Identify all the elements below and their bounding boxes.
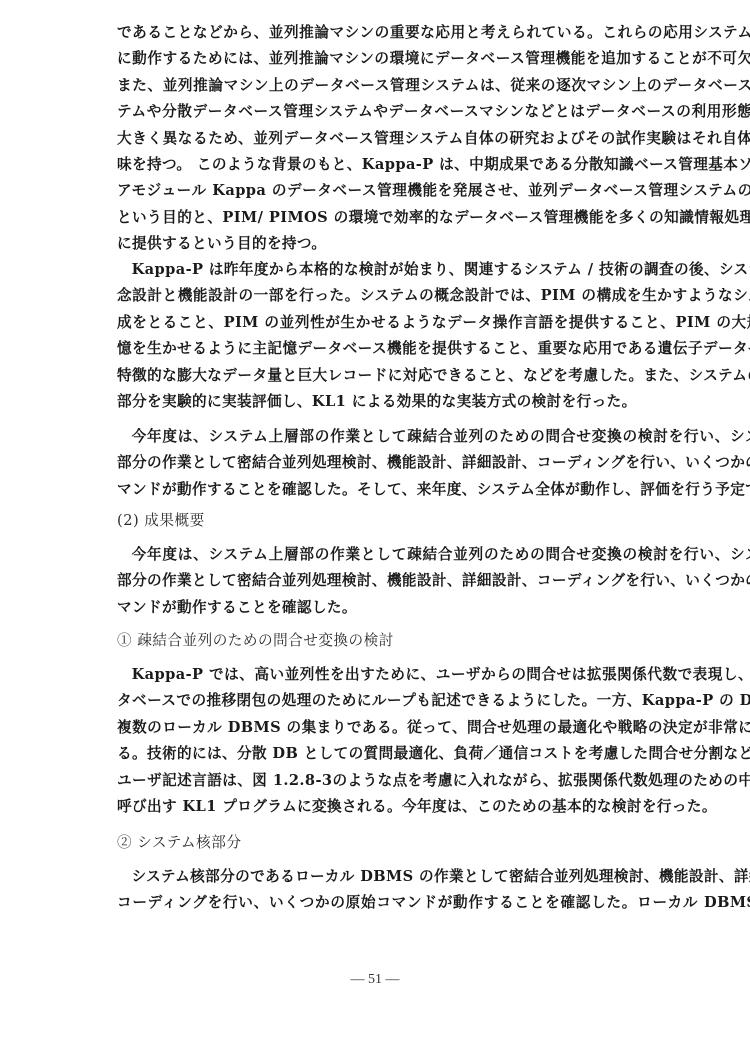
text-line: 今年度は、システム上層部の作業として疎結合並列のための問合せ変換の検討を行い、シ… <box>117 542 750 568</box>
subsection-heading-query-conversion: ① 疎結合並列のための問合せ変換の検討 <box>117 628 394 654</box>
page-number: — 51 — <box>0 972 750 988</box>
text-line: テムや分散データベース管理システムやデータベースマシンなどとはデータベースの利用… <box>117 99 750 125</box>
paragraph-background: であることなどから、並列推論マシンの重要な応用と考えられている。これらの応用シス… <box>117 20 750 258</box>
text-line: ユーザ記述言語は、図 1.2.8-3のような点を考慮に入れながら、拡張関係代数処… <box>117 768 750 794</box>
text-line: マンドが動作することを確認した。 <box>117 595 750 621</box>
text-line: 成をとること、PIM の並列性が生かせるようなデータ操作言語を提供すること、PI… <box>117 310 750 336</box>
text-line: また、並列推論マシン上のデータベース管理システムは、従来の逐次マシン上のデータベ… <box>117 73 750 99</box>
text-line: という目的と、PIM/ PIMOS の環境で効率的なデータベース管理機能を多くの… <box>117 205 750 231</box>
text-line: 呼び出す KL1 プログラムに変換される。今年度は、このための基本的な検討を行っ… <box>117 794 750 820</box>
text-line: Kappa-P では、高い並列性を出すために、ユーザからの問合せは拡張関係代数で… <box>117 662 750 688</box>
text-line: システム核部分のであるローカル DBMS の作業として密結合並列処理検討、機能設… <box>117 864 750 890</box>
text-line: アモジュール Kappa のデータベース管理機能を発展させ、並列データベース管理… <box>117 178 750 204</box>
text-line: 部分の作業として密結合並列処理検討、機能設計、詳細設計、コーディングを行い、いく… <box>117 450 750 476</box>
paragraph-kappa-p-history: Kappa-P は昨年度から本格的な検討が始まり、関連するシステム / 技術の調… <box>117 257 750 415</box>
text-line: 今年度は、システム上層部の作業として疎結合並列のための問合せ変換の検討を行い、シ… <box>117 424 750 450</box>
text-line: タベースでの推移閉包の処理のためにループも記述できるようにした。一方、Kappa… <box>117 688 750 714</box>
text-line: 念設計と機能設計の一部を行った。システムの概念設計では、PIM の構成を生かすよ… <box>117 283 750 309</box>
text-line: マンドが動作することを確認した。そして、来年度、システム全体が動作し、評価を行う… <box>117 477 750 503</box>
text-line: 複数のローカル DBMS の集まりである。従って、問合せ処理の最適化や戦略の決定… <box>117 715 750 741</box>
text-line: 大きく異なるため、並列データベース管理システム自体の研究およびその試作実験はそれ… <box>117 126 750 152</box>
paragraph-results-summary: 今年度は、システム上層部の作業として疎結合並列のための問合せ変換の検討を行い、シ… <box>117 542 750 621</box>
text-line: 憶を生かせるように主記憶データベース機能を提供すること、重要な応用である遺伝子デ… <box>117 336 750 362</box>
text-line: 部分を実験的に実装評価し、KL1 による効果的な実装方式の検討を行った。 <box>117 389 750 415</box>
text-line: る。技術的には、分散 DB としての質問最適化、負荷／通信コストを考慮した問合せ… <box>117 741 750 767</box>
text-line: コーディングを行い、いくつかの原始コマンドが動作することを確認した。ローカル D… <box>117 890 750 916</box>
paragraph-system-core: システム核部分のであるローカル DBMS の作業として密結合並列処理検討、機能設… <box>117 864 750 917</box>
text-line: Kappa-P は昨年度から本格的な検討が始まり、関連するシステム / 技術の調… <box>117 257 750 283</box>
text-line: 特徴的な膨大なデータ量と巨大レコードに対応できること、などを考慮した。また、シス… <box>117 363 750 389</box>
text-line: に提供するという目的を持つ。 <box>117 231 750 257</box>
text-line: であることなどから、並列推論マシンの重要な応用と考えられている。これらの応用シス… <box>117 20 750 46</box>
paragraph-query-conversion: Kappa-P では、高い並列性を出すために、ユーザからの問合せは拡張関係代数で… <box>117 662 750 820</box>
text-line: に動作するためには、並列推論マシンの環境にデータベース管理機能を追加することが不… <box>117 46 750 72</box>
paragraph-this-year: 今年度は、システム上層部の作業として疎結合並列のための問合せ変換の検討を行い、シ… <box>117 424 750 503</box>
section-heading-results-summary: (2) 成果概要 <box>117 508 205 534</box>
text-line: 部分の作業として密結合並列処理検討、機能設計、詳細設計、コーディングを行い、いく… <box>117 568 750 594</box>
text-line: 味を持つ。 このような背景のもと、Kappa-P は、中期成果である分散知識ベー… <box>117 152 750 178</box>
subsection-heading-system-core: ② システム核部分 <box>117 830 241 856</box>
